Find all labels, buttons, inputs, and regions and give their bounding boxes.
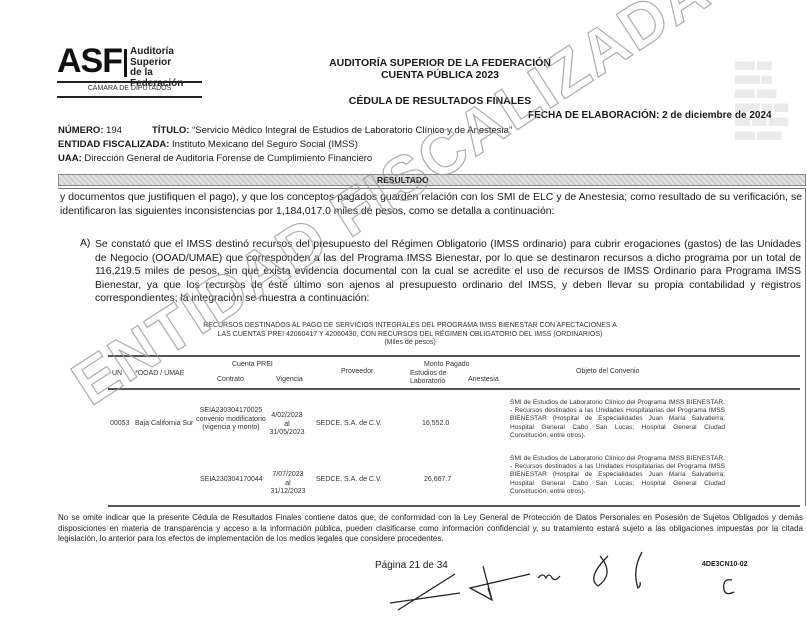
item-a-label: A)	[80, 238, 90, 249]
row2-estudios: 26,667.7	[424, 476, 451, 485]
uaa-label: UAA:	[58, 153, 82, 164]
row1-objeto: SMI de Estudios de Laboratorio Clínico d…	[510, 399, 725, 440]
row1-contrato: SEIA230304170025 convenio modificatorio …	[196, 407, 266, 433]
entidad-field: ENTIDAD FISCALIZADA: Instituto Mexicano …	[58, 139, 358, 150]
fecha-value: 2 de diciembre de 2024	[662, 110, 772, 121]
row1-vigencia: 4/02/2023 al 31/05/2023	[268, 412, 306, 438]
uaa-value: Dirección General de Auditoría Forense d…	[84, 153, 372, 164]
row1-proveedor: SEDCE, S.A. de C.V.	[316, 420, 382, 429]
header-objeto: Objeto del Convenio	[576, 368, 639, 376]
signature-initials	[380, 548, 800, 618]
numero-value: 194	[106, 125, 122, 136]
row1-ooad: Baja California Sur	[135, 420, 193, 429]
header-anestesia: Anestesia	[468, 376, 499, 384]
uaa-field: UAA: Dirección General de Auditoría Fore…	[58, 153, 372, 164]
table-bottom-rule	[108, 505, 800, 507]
asf-logo: ASF Auditoría Superior de la Federación …	[57, 44, 207, 104]
header-contrato: Contrato	[217, 376, 244, 384]
logo-subtitle: CÁMARA DE DIPUTADOS	[57, 85, 202, 92]
logo-rule	[57, 81, 202, 83]
table-header-rule	[108, 388, 800, 390]
header-vigencia: Vigencia	[276, 376, 303, 384]
logo-divider	[124, 49, 127, 77]
numero-field: NÚMERO: 194	[58, 125, 122, 136]
row2-contrato: SEIA230304170044	[200, 476, 263, 485]
numero-label: NÚMERO:	[58, 125, 103, 136]
header-proveedor: Proveedor	[341, 368, 373, 376]
row2-objeto: SMI de Estudios de Laboratorio Clínico d…	[510, 455, 725, 496]
entidad-value: Instituto Mexicano del Seguro Social (IM…	[172, 139, 358, 150]
table-title-line-2: LAS CUENTAS PREI 42060417 Y 42060430, CO…	[170, 331, 650, 340]
entidad-label: ENTIDAD FISCALIZADA:	[58, 139, 169, 150]
row2-vigencia: 7/07/2023 al 31/12/2023	[270, 471, 306, 497]
titulo-label: TÍTULO:	[152, 125, 189, 136]
logo-rule	[57, 96, 202, 98]
header-monto-pagado: Monto Pagado	[424, 361, 470, 369]
table-title-units: (Miles de pesos)	[170, 339, 650, 348]
row1-estudios: 16,552.0	[422, 420, 449, 429]
row2-proveedor: SEDCE, S.A. de C.V.	[316, 476, 382, 485]
logo-line-1: Auditoría	[130, 47, 207, 58]
table-top-rule	[108, 355, 800, 357]
logo-acronym: ASF	[57, 44, 122, 78]
header-estudios: Estudios de Laboratorio	[410, 370, 450, 386]
header-cuenta-prei: Cuenta PREI	[232, 361, 273, 369]
row1-un: 00053	[110, 420, 129, 429]
privacy-notice: No se omite indicar que la presente Cédu…	[58, 513, 803, 545]
